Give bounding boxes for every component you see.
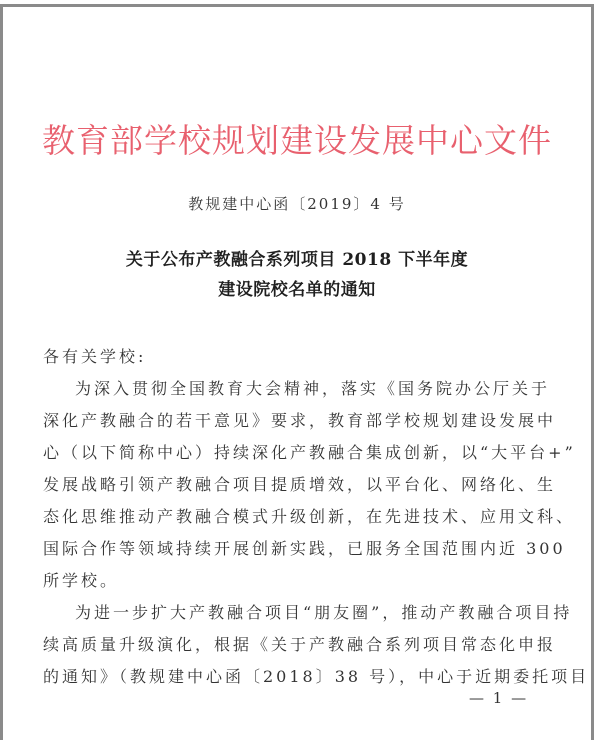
body-line: 国际合作等领域持续开展创新实践，已服务全国范围内近 300 (43, 536, 467, 559)
body-line: 续高质量升级演化，根据《关于产教融合系列项目常态化申报 (43, 632, 467, 655)
body-line: 为深入贯彻全国教育大会精神，落实《国务院办公厅关于 (75, 376, 499, 399)
document-header-title: 教育部学校规划建设发展中心文件 (3, 115, 591, 162)
document-number: 教规建中心函〔2019〕4 号 (3, 193, 591, 214)
body-line: 的通知》（教规建中心函〔2018〕38 号），中心于近期委托项目 (43, 664, 467, 687)
body-line: 态化思维推动产教融合模式升级创新，在先进技术、应用文科、 (43, 504, 467, 527)
body-line: 为进一步扩大产教融合项目“朋友圈”，推动产教融合项目持 (75, 600, 499, 623)
page-number: — 1 — (469, 689, 528, 707)
body-line: 心（以下简称中心）持续深化产教融合集成创新，以“大平台+” (43, 440, 467, 463)
body-line: 所学校。 (43, 568, 467, 591)
document-page: 教育部学校规划建设发展中心文件 教规建中心函〔2019〕4 号 关于公布产教融合… (0, 4, 594, 740)
notice-title-line1: 关于公布产教融合系列项目 2018 下半年度 (3, 245, 591, 270)
body-line: 发展战略引领产教融合项目提质增效，以平台化、网络化、生 (43, 472, 467, 495)
salutation: 各有关学校: (43, 344, 146, 367)
body-line: 深化产教融合的若干意见》要求，教育部学校规划建设发展中 (43, 408, 467, 431)
notice-title-line2: 建设院校名单的通知 (3, 275, 591, 300)
